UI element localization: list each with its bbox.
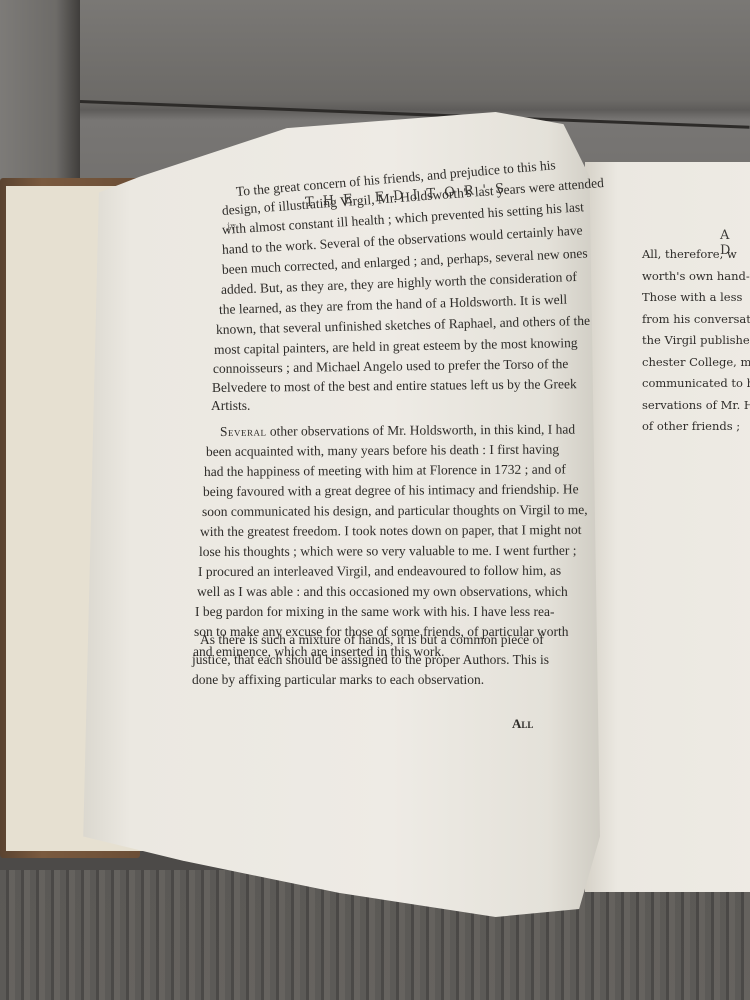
text-line: justice, that each should be assigned to… <box>192 652 549 668</box>
text-line: done by affixing particular marks to eac… <box>192 672 484 688</box>
catchword: All <box>512 716 533 732</box>
text-line: As there is such a mixture of hands, it … <box>200 632 544 648</box>
left-page-text-final-paragraph: As there is such a mixture of hands, it … <box>0 0 750 1000</box>
